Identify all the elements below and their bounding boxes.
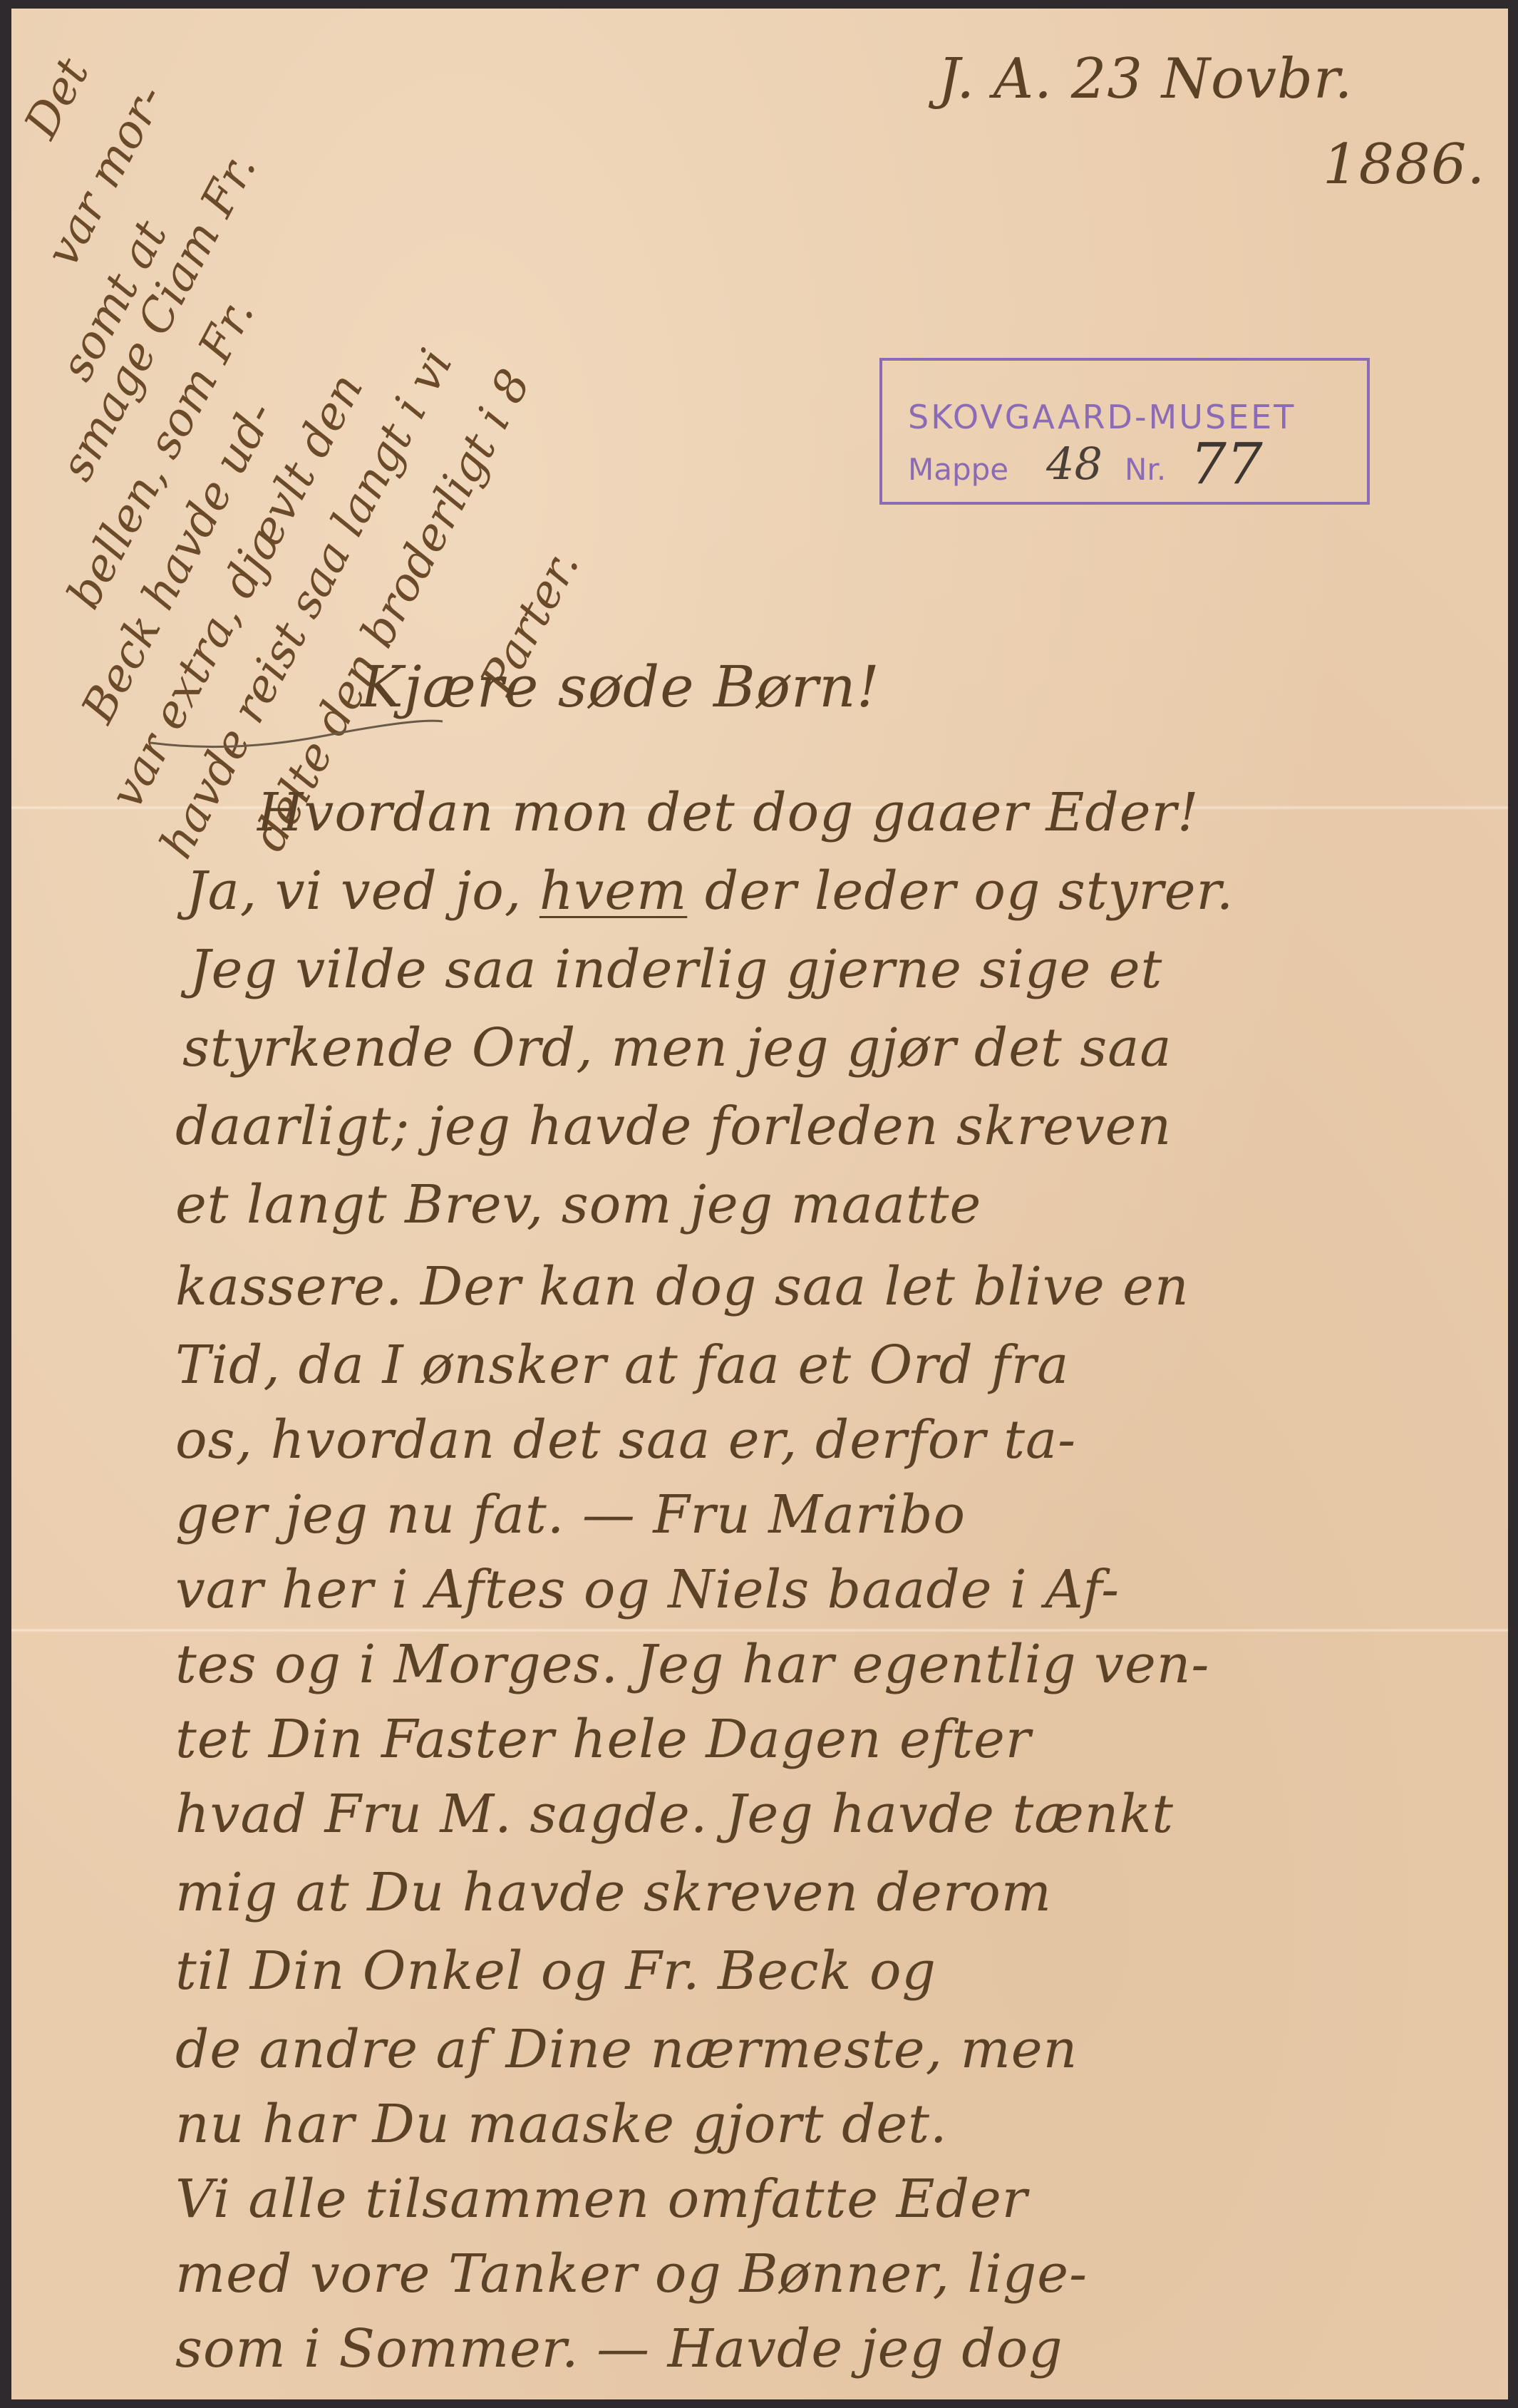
museum-stamp: SKOVGAARD-MUSEET Mappe 48 Nr. 77 [879,358,1370,505]
stamp-nr-label: Nr. [1125,452,1166,487]
letter-line: Vi alle tilsammen omfatte Eder [175,2168,1028,2230]
letter-line: hvad Fru M. sagde. Jeg havde tænkt [175,1784,1174,1845]
letter-date-line2: 1886. [1323,137,1485,192]
letter-line: mig at Du havde skreven derom [175,1862,1052,1923]
letter-line: med vore Tanker og Bønner, lige- [175,2243,1088,2305]
letter-line: til Din Onkel og Fr. Beck og [175,1940,936,2002]
letter-line: Ja, vi ved jo, hvem der leder og styrer. [186,860,1234,922]
margin-note-line: Det [15,50,100,147]
letter-line: Jeg vilde saa inderlig gjerne sige et [190,939,1162,1000]
letter-line: kassere. Der kan dog saa let blive en [175,1256,1189,1317]
letter-page: Det var mor- somt at smage Ciam Fr. bell… [11,9,1508,2399]
letter-line: styrkende Ord, men jeg gjør det saa [182,1017,1172,1079]
letter-date-line1: J. A. 23 Novbr. [938,51,1353,107]
letter-salutation: Kjære søde Børn! [361,654,880,720]
underlined-word: hvem [539,860,687,922]
letter-line: tes og i Morges. Jeg har egentlig ven- [175,1634,1209,1695]
letter-line: et langt Brev, som jeg maatte [175,1174,981,1235]
salutation-flourish [147,714,446,757]
letter-line: var her i Aftes og Niels baade i Af- [175,1559,1120,1620]
letter-line: os, hvordan det saa er, derfor ta- [175,1409,1076,1471]
letter-line: tet Din Faster hele Dagen efter [175,1709,1031,1770]
letter-line: Hvordan mon det dog gaaer Eder! [257,782,1199,843]
stamp-mappe-value: 48 [1046,438,1103,490]
letter-line: ger jeg nu fat. — Fru Maribo [175,1484,966,1545]
letter-line: som i Sommer. — Havde jeg dog [175,2318,1063,2379]
stamp-nr-value: 77 [1190,431,1263,497]
letter-line: nu har Du maaske gjort det. [175,2094,948,2155]
paper-fold-line [11,1628,1508,1632]
letter-line: de andre af Dine nærmeste, men [175,2019,1078,2080]
letter-line: daarligt; jeg havde forleden skreven [175,1096,1172,1157]
stamp-mappe-label: Mappe [908,452,1008,487]
letter-line: Tid, da I ønsker at faa et Ord fra [175,1334,1069,1396]
